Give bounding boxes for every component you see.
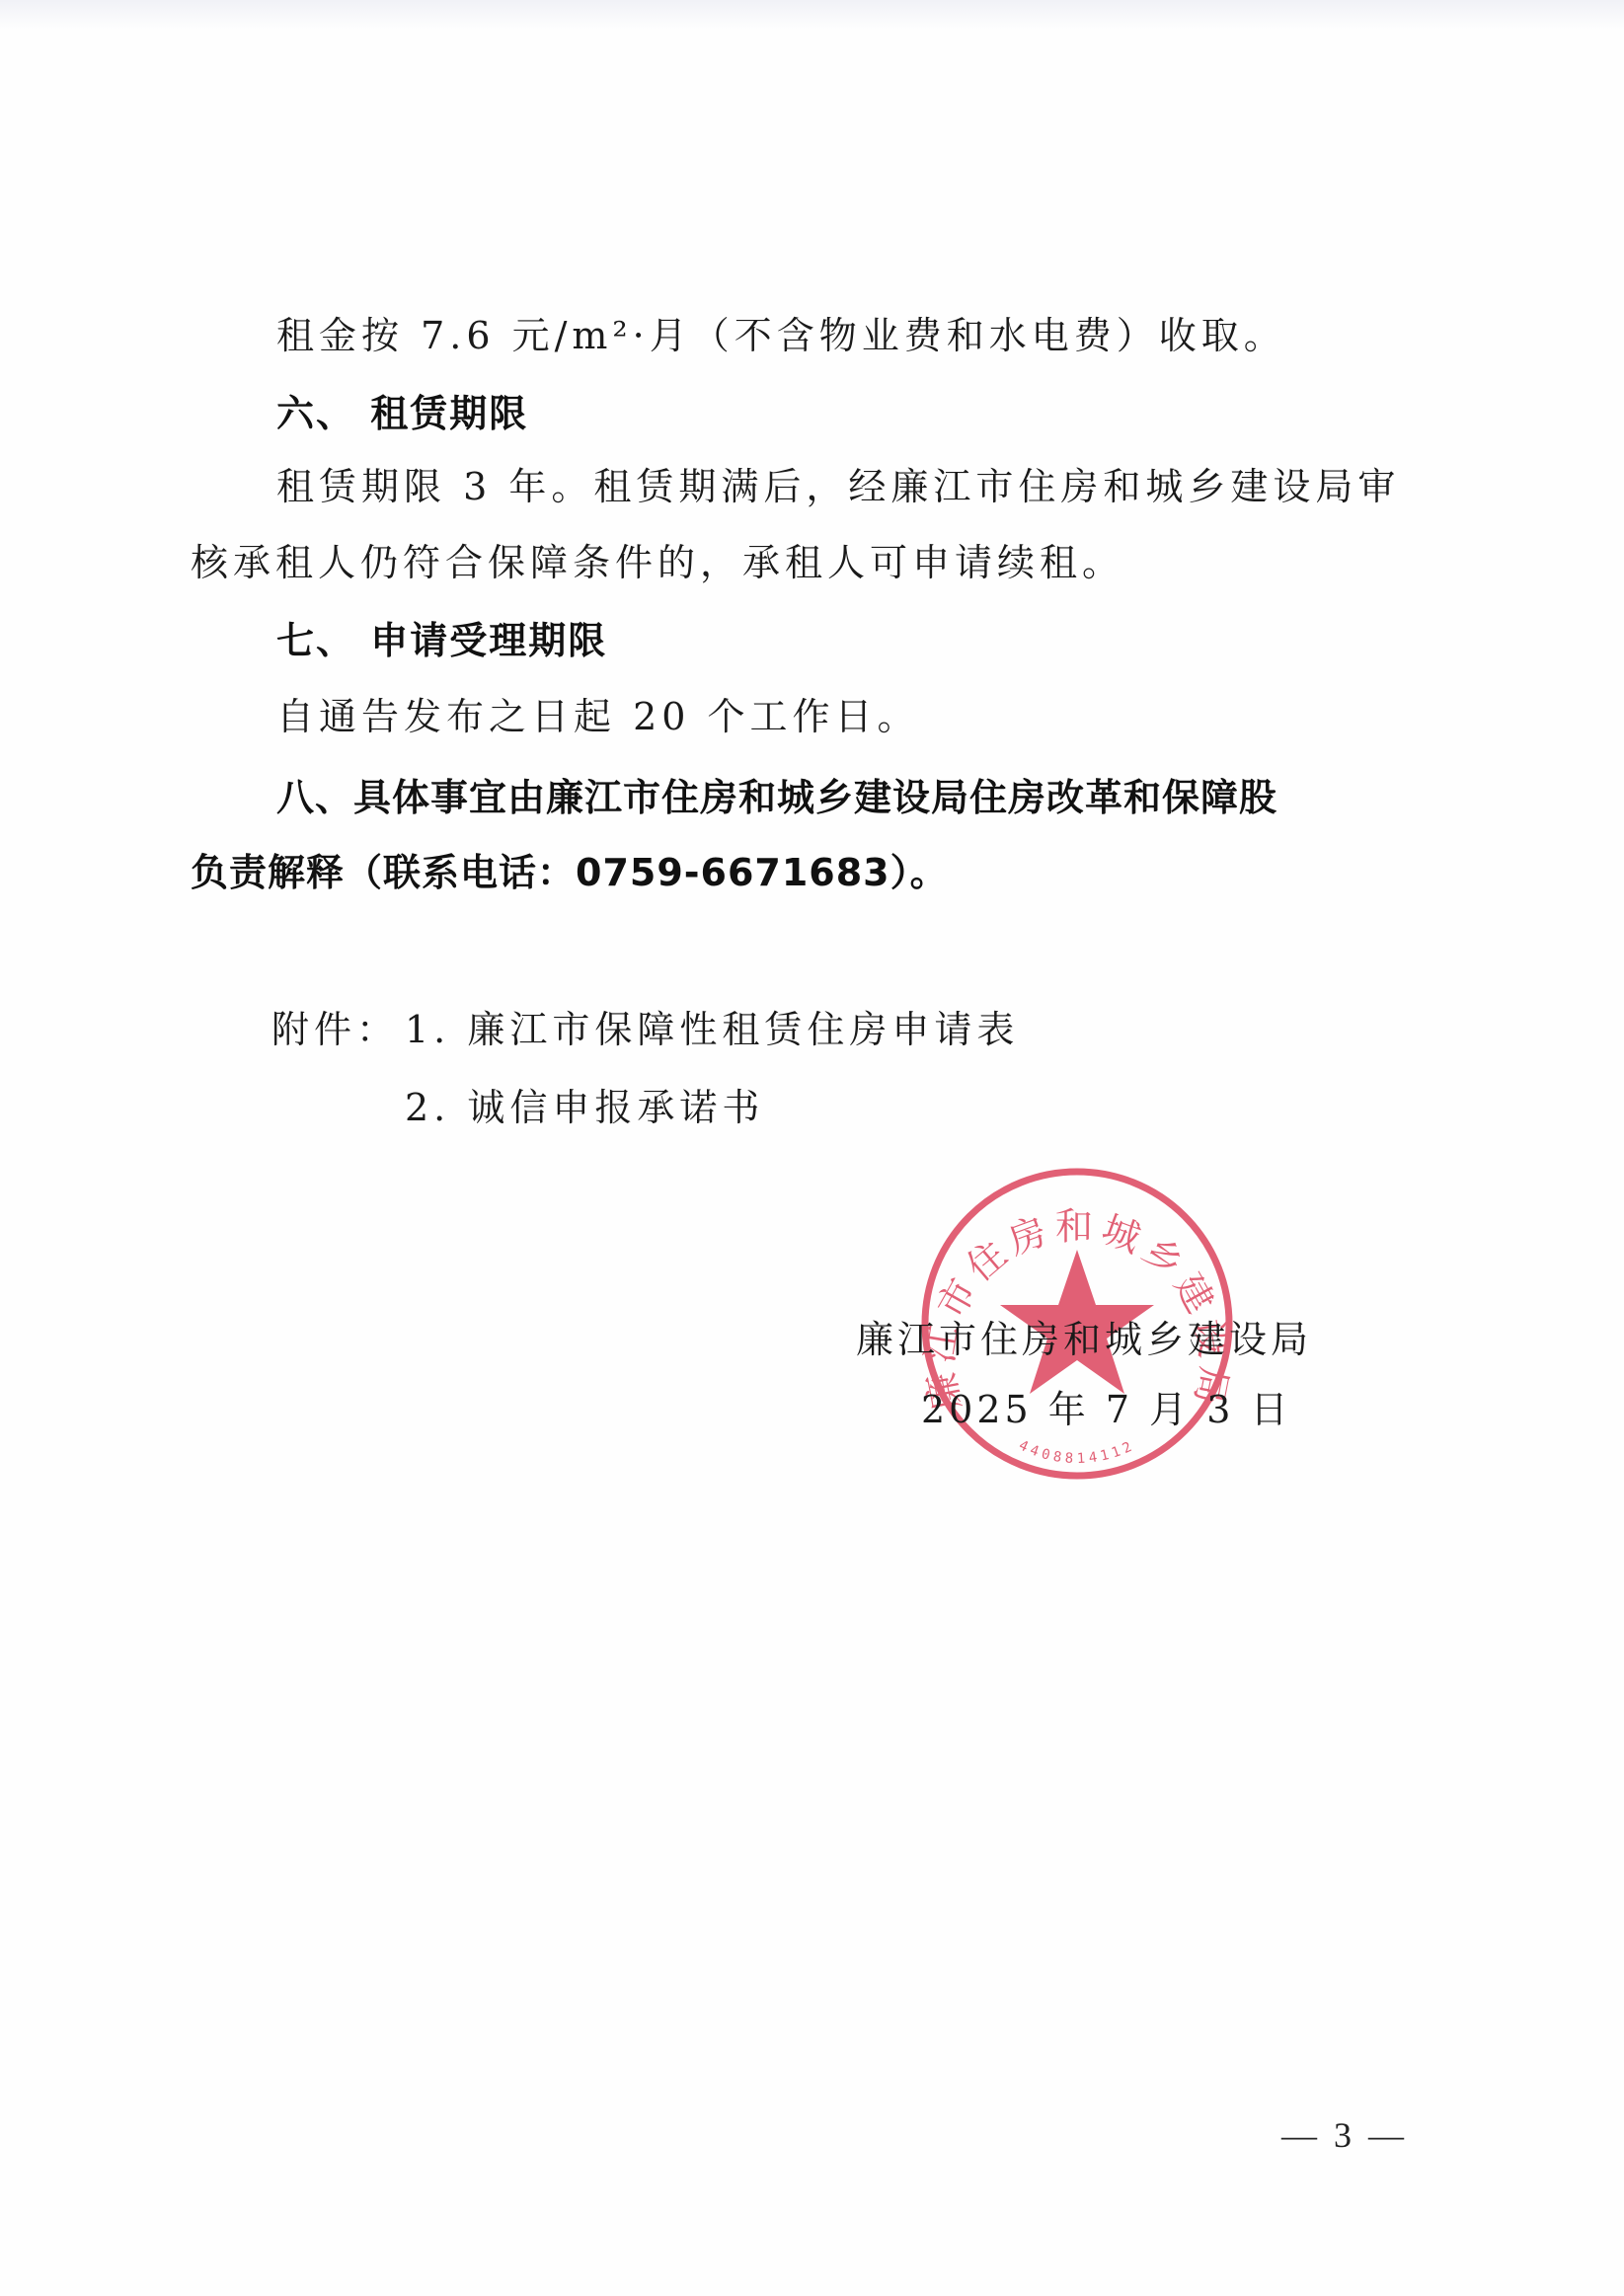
attachments-label: 附件： xyxy=(271,1008,399,1051)
document-page: 租金按 7.6 元/m²·月（不含物业费和水电费）收取。 六、 租赁期限 租赁期… xyxy=(0,0,1624,2296)
section-6-body-line-1: 租赁期限 3 年。租赁期满后，经廉江市住房和城乡建设局审 xyxy=(276,465,1400,508)
issue-date: 2025 年 7 月 3 日 xyxy=(921,1388,1291,1431)
page-number: — 3 — xyxy=(1281,2114,1408,2156)
rent-paragraph: 租金按 7.6 元/m²·月（不含物业费和水电费）收取。 xyxy=(276,314,1286,357)
section-7-heading: 七、 申请受理期限 xyxy=(276,619,607,662)
section-7-body: 自通告发布之日起 20 个工作日。 xyxy=(276,695,920,738)
issuer-signature: 廉江市住房和城乡建设局 xyxy=(856,1318,1312,1361)
scan-artifact xyxy=(0,0,1624,30)
section-6-body-line-2: 核承租人仍符合保障条件的，承租人可申请续租。 xyxy=(191,541,1124,584)
section-6-heading: 六、 租赁期限 xyxy=(276,392,528,435)
section-8-line-1: 八、具体事宜由廉江市住房和城乡建设局住房改革和保障股 xyxy=(276,776,1277,819)
svg-text:4408814112: 4408814112 xyxy=(1016,1437,1137,1467)
attachment-item-1: 1. 廉江市保障性租赁住房申请表 xyxy=(405,1008,1019,1051)
attachment-item-2: 2. 诚信申报承诺书 xyxy=(405,1086,764,1129)
section-8-line-2: 负责解释（联系电话：0759-6671683）。 xyxy=(191,851,949,894)
